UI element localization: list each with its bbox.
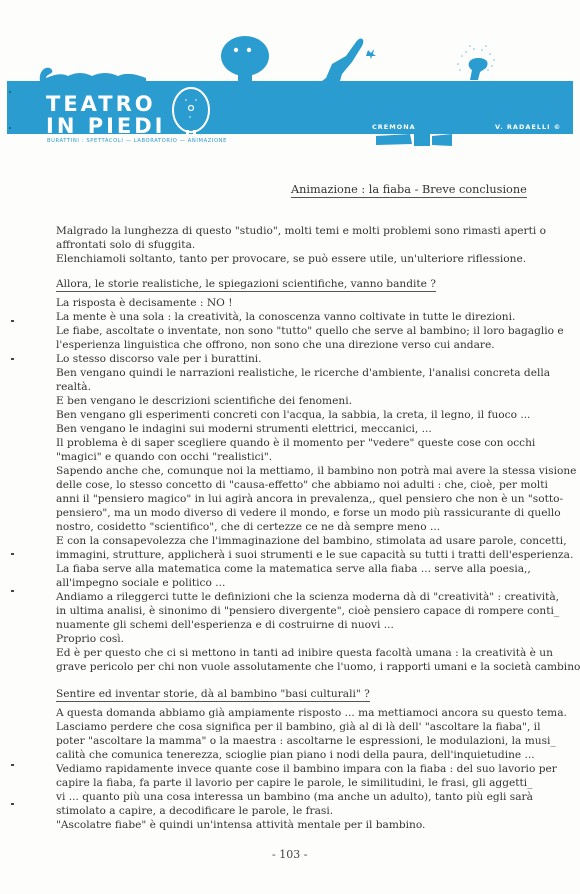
text-line: delle cose, lo stesso concetto di "causa… [56,478,548,492]
author-signature: V. RADAELLI © [495,123,561,131]
page-title: Animazione : la fiaba - Breve conclusion… [291,183,527,198]
margin-mark [11,320,14,322]
logo-line-1: TEATRO [46,93,166,115]
text-line: in ultima analisi, è sinonimo di "pensie… [56,604,559,618]
text-line: Ben vengano le indagini sui moderni stru… [56,422,432,436]
text-line: stimolato a capire, a decodificare le pa… [56,804,333,818]
text-line: Le fiabe, ascoltate o inventate, non son… [56,324,564,338]
text-line: poter "ascoltare la mamma" o la maestra … [56,734,556,748]
page-number: - 103 - [272,848,307,861]
text-line: Ben vengano gli esperimenti concreti con… [56,408,530,422]
text-line: pensiero", ma un modo diverso di vedere … [56,506,561,520]
text-line: "magici" e quando con occhi "realistici"… [56,450,272,464]
text-line: anni il "pensiero magico" in lui agirà a… [56,492,563,506]
margin-mark [11,358,14,360]
text-line: La mente è una sola : la creatività, la … [56,310,515,324]
text-line: calità che comunica tenerezza, scioglie … [56,748,535,762]
text-line: Elenchiamoli soltanto, tanto per provoca… [56,252,526,266]
text-line: La risposta è decisamente : NO ! [56,296,232,310]
text-line: Ben vengano quindi le narrazioni realist… [56,366,550,380]
text-line: Malgrado la lunghezza di questo "studio"… [56,224,546,238]
text-line: E ben vengano le descrizioni scientifich… [56,394,352,408]
margin-mark [11,764,14,766]
text-line: Vediamo rapidamente invece quante cose i… [56,762,557,776]
text-line: Lasciamo perdere che cosa significa per … [56,720,540,734]
text-line: Sapendo anche che, comunque noi la metti… [56,464,576,478]
text-line: affrontati solo di sfuggita. [56,238,195,252]
text-line: l'esperienza linguistica che offrono, no… [56,338,495,352]
city-label: CREMONA [372,123,416,131]
text-line: E con la consapevolezza che l'immaginazi… [56,534,567,548]
text-line: all'impegno sociale e politico ... [56,576,225,590]
margin-mark [11,590,14,592]
text-line: A questa domanda abbiamo già ampiamente … [56,706,567,720]
text-line: vi ... quanto più una cosa interessa un … [56,790,533,804]
text-line: Ed è per questo che ci si mettono in tan… [56,646,553,660]
section-heading: Allora, le storie realistiche, le spiega… [56,278,436,292]
logo-line-2: IN PIEDI [46,115,166,137]
text-line: nostro, cosidetto "scientifico", che di … [56,520,440,534]
tagline: BURATTINI : SPETTACOLI — LABORATORIO — A… [47,138,227,144]
logo: TEATRO IN PIEDI [46,93,166,137]
text-line: La fiaba serve alla matematica come la m… [56,562,531,576]
header-banner: TEATRO IN PIEDI BURATTINI : SPETTACOLI —… [0,0,580,160]
text-line: grave pericolo per chi non vuole assolut… [56,660,580,674]
margin-mark [11,803,14,805]
text-line: Proprio così. [56,632,124,646]
text-line: immagini, strutture, applicherà i suoi s… [56,548,573,562]
text-line: Il problema è di saper scegliere quando … [56,436,535,450]
text-line: capire la fiaba, fa parte il lavorio per… [56,776,532,790]
text-line: Andiamo a rileggerci tutte le definizion… [56,590,559,604]
section-heading: Sentire ed inventar storie, dà al bambin… [56,688,370,702]
text-line: "Ascolatre fiabe" è quindi un'intensa at… [56,818,425,832]
text-line: Lo stesso discorso vale per i burattini. [56,352,262,366]
text-line: realtà. [56,380,91,394]
text-line: nuamente gli schemi dell'esperienza e di… [56,618,394,632]
margin-mark [11,553,14,555]
